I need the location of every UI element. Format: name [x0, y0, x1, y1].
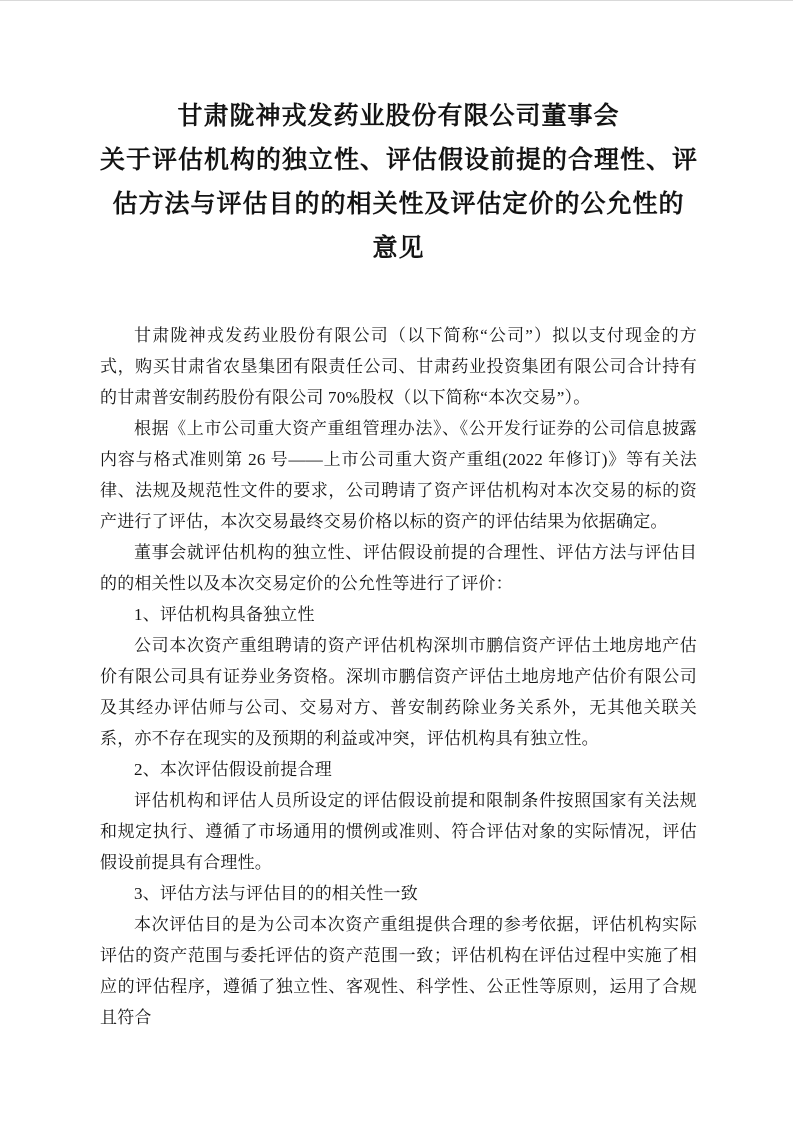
document-body: 甘肃陇神戎发药业股份有限公司（以下简称“公司”）拟以支付现金的方式，购买甘肃省农…: [100, 320, 697, 1033]
paragraph: 评估机构和评估人员所设定的评估假设前提和限制条件按照国家有关法规和规定执行、遵循…: [100, 785, 697, 878]
paragraph: 本次评估目的是为公司本次资产重组提供合理的参考依据，评估机构实际评估的资产范围与…: [100, 909, 697, 1033]
paragraph: 根据《上市公司重大资产重组管理办法》、《公开发行证券的公司信息披露内容与格式准则…: [100, 413, 697, 537]
document-title: 甘肃陇神戎发药业股份有限公司董事会 关于评估机构的独立性、评估假设前提的合理性、…: [100, 95, 697, 271]
document-title-line: 意见: [100, 227, 697, 271]
paragraph: 董事会就评估机构的独立性、评估假设前提的合理性、评估方法与评估目的的相关性以及本…: [100, 537, 697, 599]
section-heading: 1、评估机构具备独立性: [100, 599, 697, 630]
document-title-line: 甘肃陇神戎发药业股份有限公司董事会: [100, 95, 697, 139]
document-page: 甘肃陇神戎发药业股份有限公司董事会 关于评估机构的独立性、评估假设前提的合理性、…: [0, 0, 793, 1122]
paragraph: 甘肃陇神戎发药业股份有限公司（以下简称“公司”）拟以支付现金的方式，购买甘肃省农…: [100, 320, 697, 413]
document-title-line: 关于评估机构的独立性、评估假设前提的合理性、评: [100, 139, 697, 183]
section-heading: 2、本次评估假设前提合理: [100, 754, 697, 785]
document-title-line: 估方法与评估目的的相关性及评估定价的公允性的: [100, 183, 697, 227]
section-heading: 3、评估方法与评估目的的相关性一致: [100, 878, 697, 909]
paragraph: 公司本次资产重组聘请的资产评估机构深圳市鹏信资产评估土地房地产估价有限公司具有证…: [100, 630, 697, 754]
